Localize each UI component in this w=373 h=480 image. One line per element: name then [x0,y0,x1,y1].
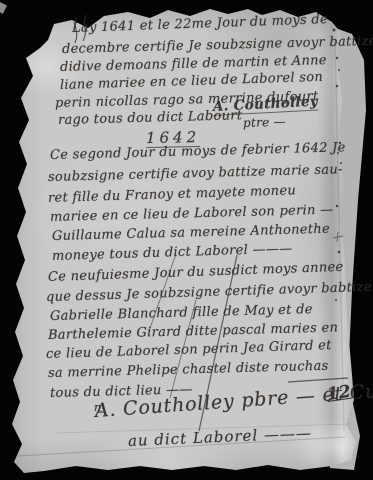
manuscript-line: moneye tous du dict Laborel ——— [52,242,293,264]
signature-paraph: 12 [326,383,353,405]
manuscript-line: soubzsigne certifie avoy battize marie s… [48,163,343,185]
manuscript-line: que dessus Je soubzsigne certifie avoyr … [46,281,372,306]
manuscript-line: Ce segond Jour du moys de febrier 1642 J… [50,141,346,163]
closing-location: au dict Laborel ——— [128,425,313,450]
priest-signature: A. Coutholley [213,95,319,116]
priest-signature-title: ptre — [243,116,286,131]
manuscript-line: sa merrine Phelipe chastel diste rouchas [48,360,329,382]
manuscript-line: ret fille du Franoy et mayete moneu [48,184,296,206]
manuscript-text-layer: Lay 1641 et le 22me Jour du moys de dece… [0,0,373,480]
manuscript-scan-page: Lay 1641 et le 22me Jour du moys de dece… [0,0,373,480]
manuscript-line: Lay 1641 et le 22me Jour du moys de [72,13,329,36]
